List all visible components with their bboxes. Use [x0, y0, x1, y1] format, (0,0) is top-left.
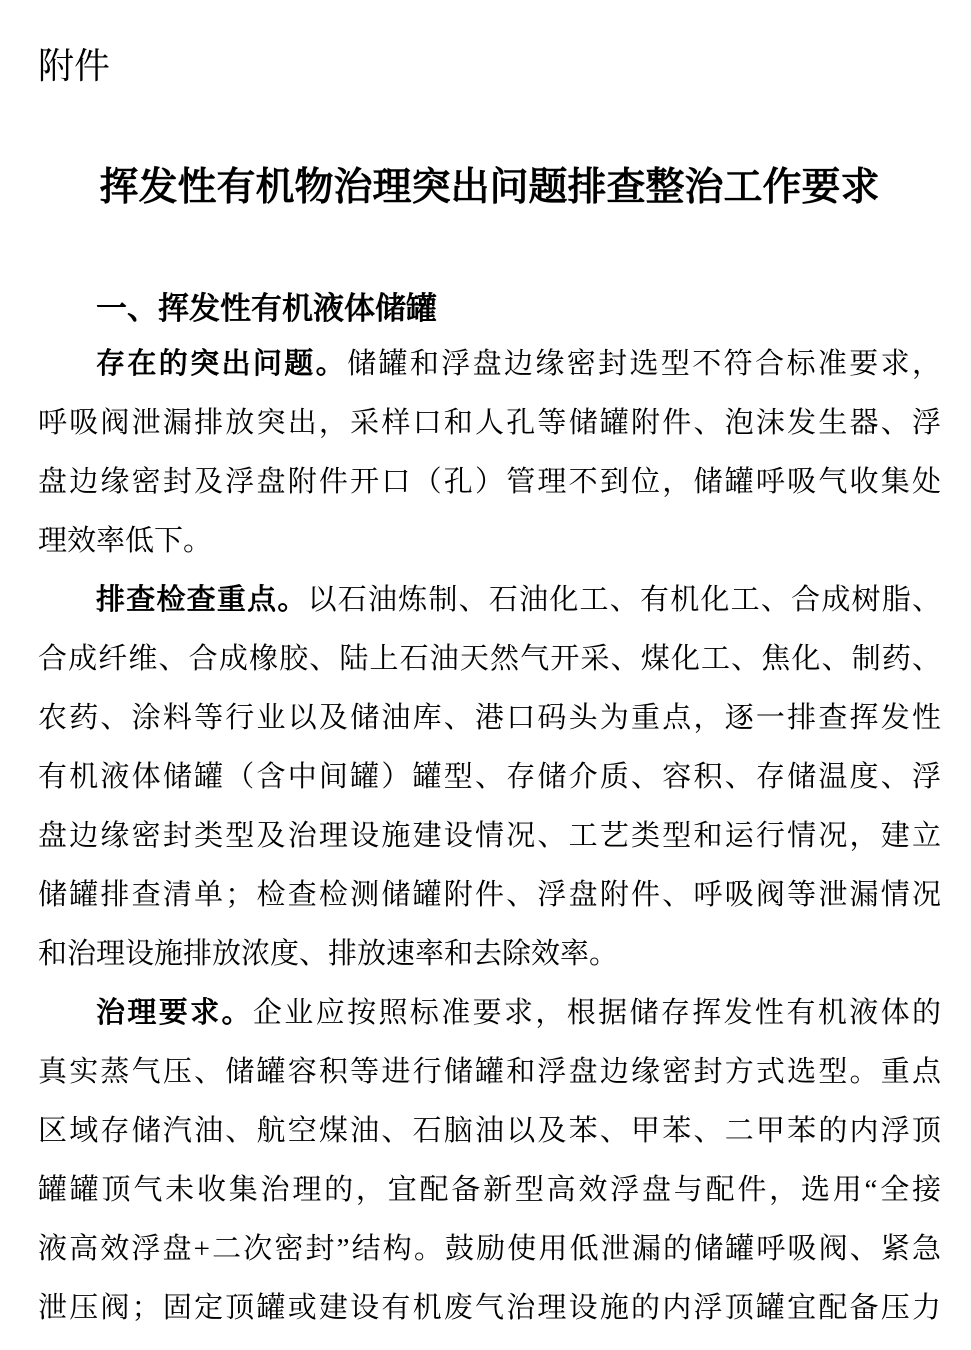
- text-line: 农药、涂料等行业以及储油库、港口码头为重点，逐一排查挥发性: [38, 689, 941, 748]
- paragraph-treatment-requirements: 治理要求。企业应按照标准要求，根据储存挥发性有机液体的 真实蒸气压、储罐容积等进…: [38, 984, 941, 1338]
- text-line: 存在的突出问题。储罐和浮盘边缘密封选型不符合标准要求，: [38, 335, 941, 394]
- text-line: 区域存储汽油、航空煤油、石脑油以及苯、甲苯、二甲苯的内浮顶: [38, 1102, 941, 1161]
- text-span: 企业应按照标准要求，根据储存挥发性有机液体的: [253, 997, 941, 1029]
- text-line: 泄压阀；固定顶罐或建设有机废气治理设施的内浮顶罐宜配备压力: [38, 1279, 941, 1338]
- document-page: 附件 挥发性有机物治理突出问题排查整治工作要求 一、挥发性有机液体储罐 存在的突…: [0, 0, 971, 1350]
- text-line: 呼吸阀泄漏排放突出，采样口和人孔等储罐附件、泡沫发生器、浮: [38, 394, 941, 453]
- text-line: 排查检查重点。以石油炼制、石油化工、有机化工、合成树脂、: [38, 571, 941, 630]
- paragraph-problems: 存在的突出问题。储罐和浮盘边缘密封选型不符合标准要求， 呼吸阀泄漏排放突出，采样…: [38, 335, 941, 571]
- text-line: 盘边缘密封类型及治理设施建设情况、工艺类型和运行情况，建立: [38, 807, 941, 866]
- paragraph-inspection-focus: 排查检查重点。以石油炼制、石油化工、有机化工、合成树脂、 合成纤维、合成橡胶、陆…: [38, 571, 941, 984]
- text-span: 以石油炼制、石油化工、有机化工、合成树脂、: [308, 584, 941, 616]
- paragraph-lead: 存在的突出问题。: [96, 348, 347, 380]
- paragraph-lead: 治理要求。: [96, 997, 253, 1029]
- text-line: 合成纤维、合成橡胶、陆上石油天然气开采、煤化工、焦化、制药、: [38, 630, 941, 689]
- text-line: 真实蒸气压、储罐容积等进行储罐和浮盘边缘密封方式选型。重点: [38, 1043, 941, 1102]
- text-line: 盘边缘密封及浮盘附件开口（孔）管理不到位，储罐呼吸气收集处: [38, 453, 941, 512]
- text-line: 理效率低下。: [38, 512, 941, 571]
- text-span: 储罐和浮盘边缘密封选型不符合标准要求，: [347, 348, 941, 380]
- paragraph-lead: 排查检查重点。: [96, 584, 308, 616]
- attachment-label: 附件: [38, 45, 941, 87]
- text-line: 液高效浮盘+二次密封”结构。鼓励使用低泄漏的储罐呼吸阀、紧急: [38, 1220, 941, 1279]
- text-line: 储罐排查清单；检查检测储罐附件、浮盘附件、呼吸阀等泄漏情况: [38, 866, 941, 925]
- text-line: 治理要求。企业应按照标准要求，根据储存挥发性有机液体的: [38, 984, 941, 1043]
- text-line: 罐罐顶气未收集治理的，宜配备新型高效浮盘与配件，选用“全接: [38, 1161, 941, 1220]
- section-heading: 一、挥发性有机液体储罐: [38, 283, 941, 335]
- page-title: 挥发性有机物治理突出问题排查整治工作要求: [38, 163, 941, 213]
- text-line: 和治理设施排放浓度、排放速率和去除效率。: [38, 925, 941, 984]
- text-line: 有机液体储罐（含中间罐）罐型、存储介质、容积、存储温度、浮: [38, 748, 941, 807]
